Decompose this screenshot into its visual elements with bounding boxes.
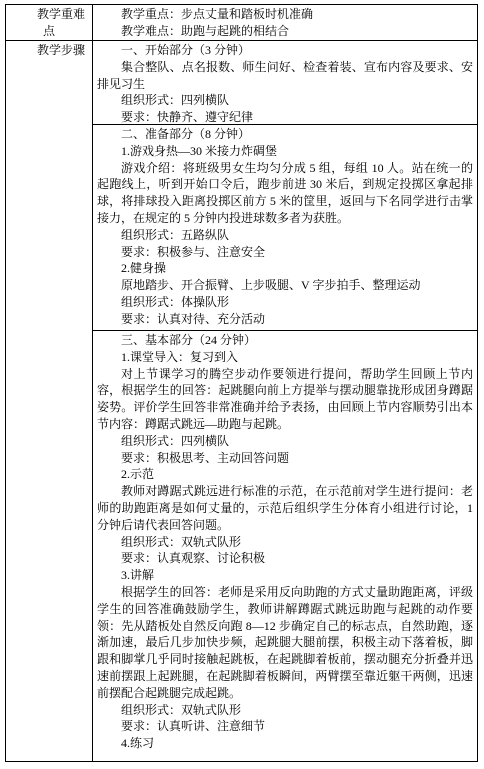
- paragraph: 2.示范: [97, 466, 473, 483]
- teaching-focus-content: 教学重点：步点丈量和踏板时机准确教学难点：助跑与起跳的相结合: [93, 5, 477, 40]
- paragraph: 要求：快静齐、遵守纪律: [97, 109, 473, 125]
- paragraph: 3.讲解: [97, 567, 473, 584]
- paragraph: 组织形式：四列横队: [97, 92, 473, 109]
- paragraph: 一、开始部分（3 分钟）: [97, 42, 473, 59]
- section-opening: 一、开始部分（3 分钟）集合整队、点名报数、师生问好、检查着装、宣布内容及要求、…: [93, 41, 477, 125]
- paragraph: 根据学生的回答：老师是采用反向助跑的方式丈量助跑距离，评级学生的回答准确鼓励学生…: [97, 584, 473, 702]
- paragraph: 要求：认真对待、充分活动: [97, 311, 473, 328]
- paragraph: 要求：认真听讲、注意细节: [97, 718, 473, 735]
- row-header-teaching-steps: 教学步骤: [6, 41, 93, 761]
- paragraph: 教学难点：助跑与起跳的相结合: [97, 23, 473, 40]
- table-row-teaching-focus: 教学重难点 教学重点：步点丈量和踏板时机准确教学难点：助跑与起跳的相结合: [6, 5, 477, 41]
- paragraph: 三、基本部分（24 分钟）: [97, 332, 473, 349]
- paragraph: 对上节课学习的腾空步动作要领进行提问，帮助学生回顾上节内容，根据学生的回答：起跳…: [97, 366, 473, 433]
- teaching-steps-content: 一、开始部分（3 分钟）集合整队、点名报数、师生问好、检查着装、宣布内容及要求、…: [93, 41, 477, 761]
- paragraph: 组织形式：双轨式队形: [97, 534, 473, 551]
- paragraph: 2.健身操: [97, 260, 473, 277]
- section-main: 三、基本部分（24 分钟）1.课堂导入：复习到入对上节课学习的腾空步动作要领进行…: [93, 331, 477, 761]
- paragraph: 游戏介绍：将班级男女生均匀分成 5 组，每组 10 人。站在统一的起跑线上，听到…: [97, 160, 473, 227]
- paragraph: 要求：积极思考、主动回答问题: [97, 450, 473, 467]
- paragraph: 集合整队、点名报数、师生问好、检查着装、宣布内容及要求、安排见习生: [97, 59, 473, 93]
- paragraph: 要求：积极参与、注意安全: [97, 244, 473, 261]
- paragraph: 组织形式：四列横队: [97, 433, 473, 450]
- row-header-teaching-focus: 教学重难点: [6, 5, 93, 40]
- paragraph: 二、准备部分（8 分钟）: [97, 126, 473, 143]
- paragraph: 1.课堂导入：复习到入: [97, 349, 473, 366]
- paragraph: 要求：认真观察、讨论积极: [97, 550, 473, 567]
- row-header-label: 教学重难点: [9, 6, 89, 40]
- row-header-label: 教学步骤: [9, 42, 89, 59]
- section-preparation: 二、准备部分（8 分钟）1.游戏身热—30 米接力炸碉堡游戏介绍：将班级男女生均…: [93, 125, 477, 331]
- paragraph: 组织形式：体操队形: [97, 294, 473, 311]
- lesson-plan-table: 教学重难点 教学重点：步点丈量和踏板时机准确教学难点：助跑与起跳的相结合 教学步…: [5, 4, 478, 762]
- paragraph: 4.练习: [97, 735, 473, 752]
- paragraph: 教师对蹲踞式跳远进行标准的示范，在示范前对学生进行提问：老师的助跑距离是如何丈量…: [97, 483, 473, 533]
- paragraph: 1.游戏身热—30 米接力炸碉堡: [97, 143, 473, 160]
- paragraph: 组织形式：双轨式队形: [97, 702, 473, 719]
- paragraph: 教学重点：步点丈量和踏板时机准确: [97, 6, 473, 23]
- table-row-teaching-steps: 教学步骤 一、开始部分（3 分钟）集合整队、点名报数、师生问好、检查着装、宣布内…: [6, 41, 477, 761]
- paragraph: 组织形式：五路纵队: [97, 227, 473, 244]
- paragraph: 原地踏步、开合振臂、上步吸腿、V 字步拍手、整理运动: [97, 277, 473, 294]
